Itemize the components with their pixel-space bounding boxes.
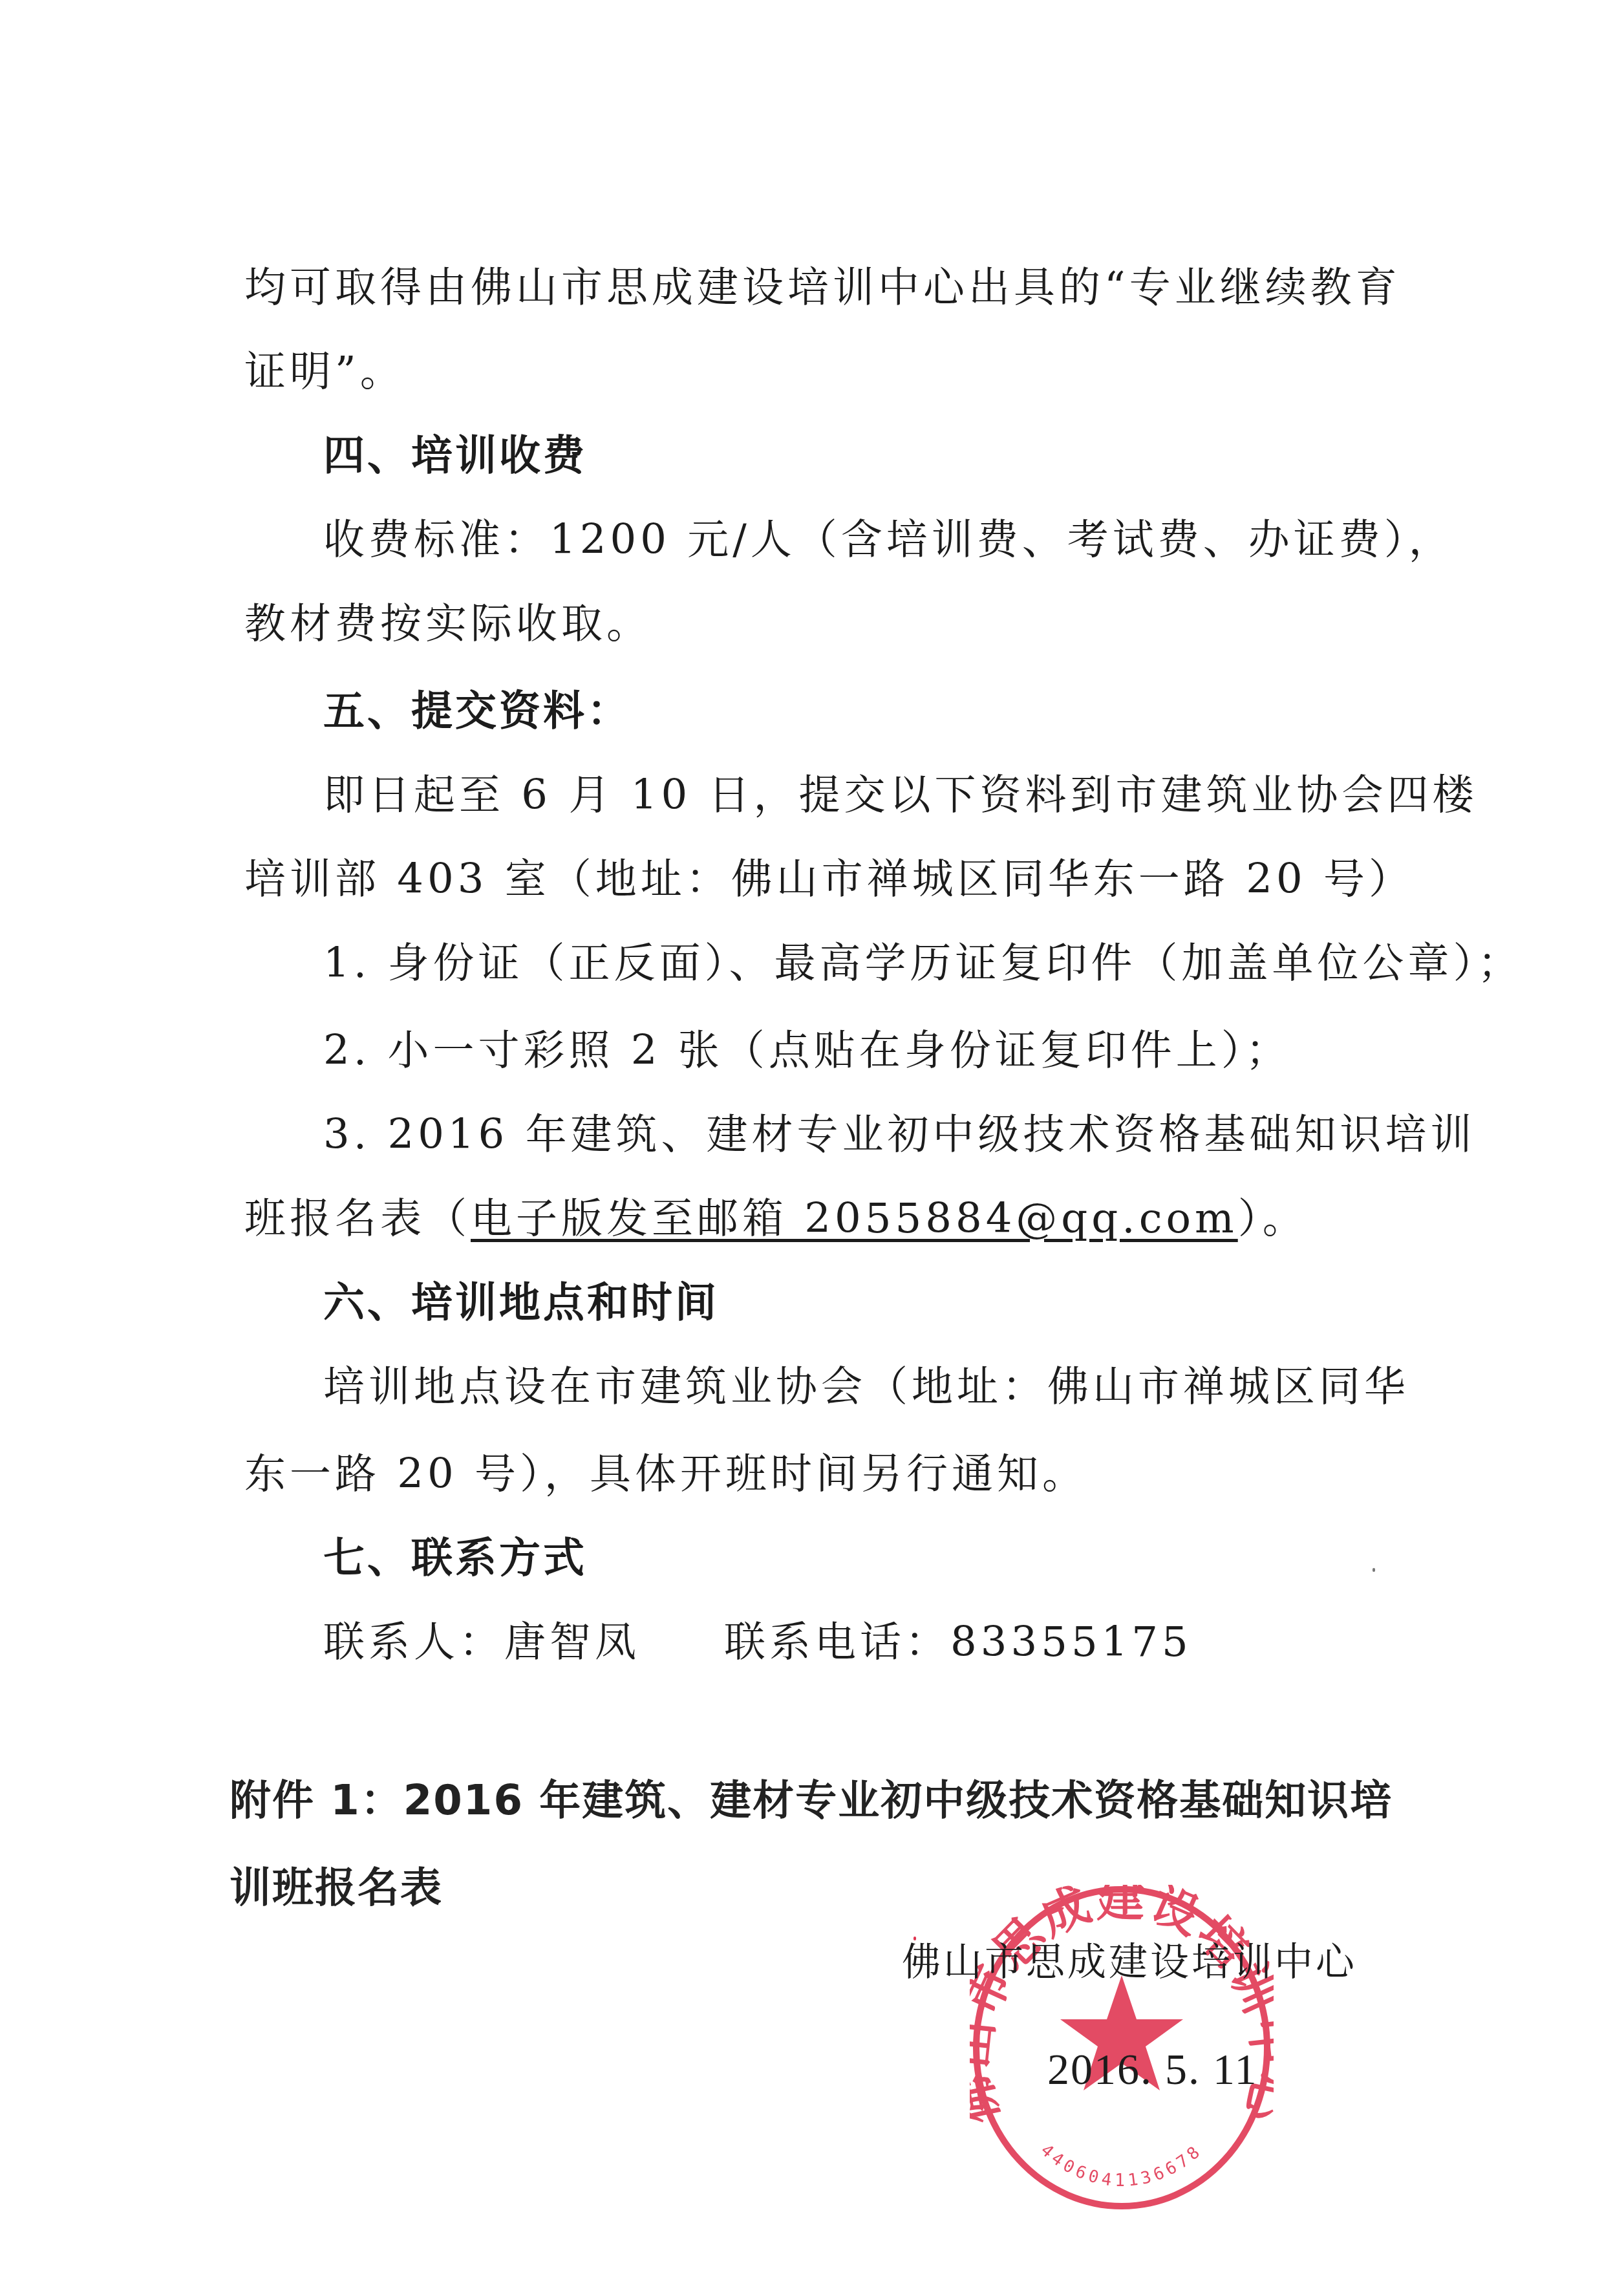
signature-organization: 佛山市思成建设培训中心 <box>902 1937 1357 1988</box>
continuation-line-2: 证明”。 <box>244 346 405 398</box>
materials-item-3-line-1: 3. 2016 年建筑、建材专业初中级技术资格基础知识培训 <box>323 1109 1476 1161</box>
location-line-1: 培训地点设在市建筑业协会（地址：佛山市禅城区同华 <box>323 1361 1409 1413</box>
materials-item-2: 2. 小一寸彩照 2 张（点贴在身份证复印件上）； <box>323 1025 1291 1077</box>
materials-intro-line-2: 培训部 403 室（地址：佛山市禅城区同华东一路 20 号） <box>244 853 1414 905</box>
item-3-suffix: ）。 <box>1238 1195 1308 1243</box>
materials-item-3-line-2: 班报名表（电子版发至邮箱 2055884@qq.com）。 <box>244 1193 1308 1245</box>
section-heading-location: 六、培训地点和时间 <box>323 1277 719 1329</box>
contact-person-name: 唐智凤 <box>504 1618 640 1666</box>
contact-phone-label: 联系电话： <box>724 1618 950 1666</box>
document-page: 均可取得由佛山市思成建设培训中心出具的“专业继续教育 证明”。 四、培训收费 收… <box>0 0 1624 2276</box>
svg-text:4406041136678: 4406041136678 <box>1037 2141 1207 2191</box>
continuation-line-1: 均可取得由佛山市思成建设培训中心出具的“专业继续教育 <box>244 262 1401 314</box>
materials-item-1: 1. 身份证（正反面）、最高学历证复印件（加盖单位公章）； <box>323 938 1522 989</box>
item-3-prefix: 班报名表（ <box>244 1195 471 1243</box>
scan-artifact <box>1373 1568 1375 1572</box>
materials-intro-line-1: 即日起至 6 月 10 日，提交以下资料到市建筑业协会四楼 <box>323 769 1478 821</box>
section-heading-fees: 四、培训收费 <box>323 430 587 482</box>
section-heading-materials: 五、提交资料： <box>323 685 631 737</box>
attachment-line-1: 附件 1：2016 年建筑、建材专业初中级技术资格基础知识培 <box>230 1775 1393 1827</box>
contact-person-label: 联系人： <box>323 1618 504 1666</box>
attachment-line-2: 训班报名表 <box>230 1862 443 1914</box>
contact-line: 联系人：唐智凤联系电话：83355175 <box>323 1616 1192 1668</box>
contact-phone: 83355175 <box>950 1618 1192 1666</box>
signature-date: 2016. 5. 11 <box>1047 2043 1257 2095</box>
email-link[interactable]: 电子版发至邮箱 2055884@qq.com <box>471 1195 1238 1243</box>
fees-line-2: 教材费按实际收取。 <box>244 598 652 650</box>
fees-line-1: 收费标准：1200 元/人（含培训费、考试费、办证费）， <box>323 514 1454 566</box>
section-heading-contact: 七、联系方式 <box>323 1532 587 1584</box>
location-line-2: 东一路 20 号），具体开班时间另行通知。 <box>244 1448 1087 1500</box>
